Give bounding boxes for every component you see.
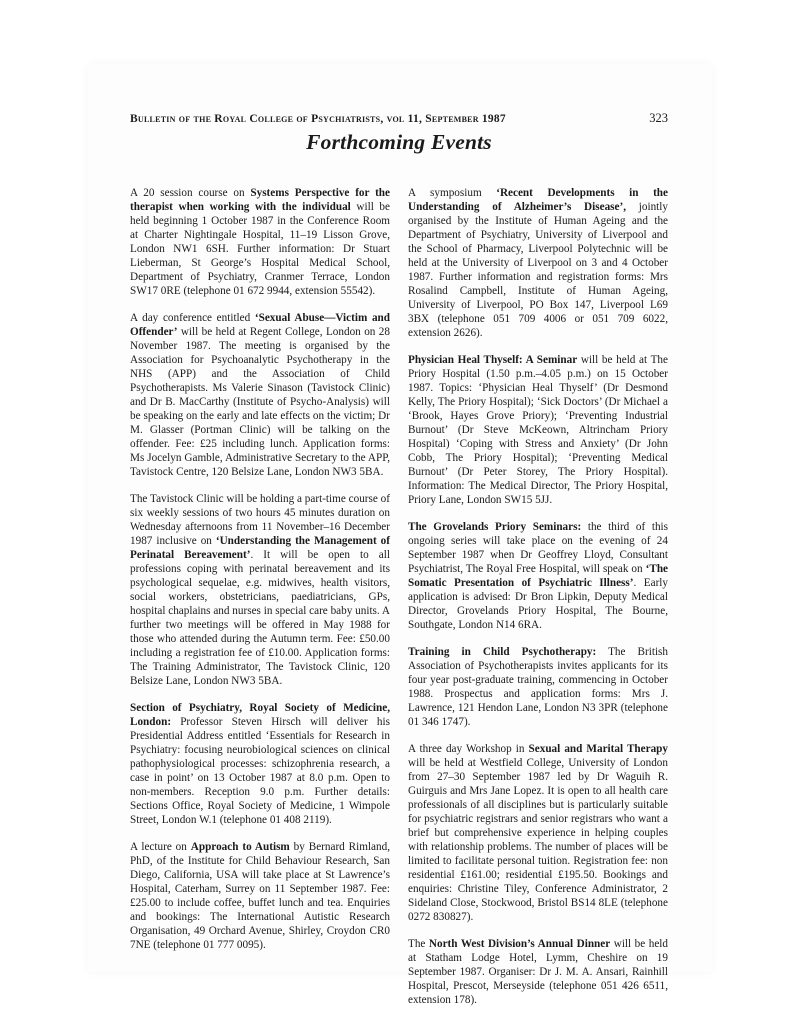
event-paragraph: Section of Psychiatry, Royal Society of … <box>130 701 390 827</box>
event-columns: A 20 session course on Systems Perspecti… <box>130 186 668 1020</box>
right-column: A symposium ‘Recent Developments in the … <box>408 186 668 1020</box>
event-paragraph: Training in Child Psychotherapy: The Bri… <box>408 645 668 729</box>
event-paragraph: A lecture on Approach to Autism by Berna… <box>130 840 390 952</box>
event-title-text: Training in Child Psychotherapy: <box>408 646 596 658</box>
event-body-text: Professor Steven Hirsch will deliver his… <box>130 716 390 826</box>
event-title-text: Sexual and Marital Therapy <box>529 743 668 755</box>
event-paragraph: A day conference entitled ‘Sexual Abuse—… <box>130 311 390 479</box>
event-paragraph: A 20 session course on Systems Perspecti… <box>130 186 390 298</box>
event-body-text: . It will be open to all professions cop… <box>130 549 390 687</box>
page-header: Bulletin of the Royal College of Psychia… <box>130 111 668 126</box>
event-body-text: will be held at Westfield College, Unive… <box>408 757 668 923</box>
event-body-text: A three day Workshop in <box>408 743 529 755</box>
event-body-text: A 20 session course on <box>130 187 250 199</box>
journal-header: Bulletin of the Royal College of Psychia… <box>130 113 506 125</box>
left-column: A 20 session course on Systems Perspecti… <box>130 186 390 1020</box>
event-body-text: will be held beginning 1 October 1987 in… <box>130 201 390 297</box>
event-body-text: will be held at Regent College, London o… <box>130 326 390 478</box>
event-paragraph: The Grovelands Priory Seminars: the thir… <box>408 520 668 632</box>
event-paragraph: A three day Workshop in Sexual and Marit… <box>408 742 668 924</box>
event-body-text: jointly organised by the Institute of Hu… <box>408 201 668 339</box>
event-body-text: by Bernard Rimland, PhD, of the Institut… <box>130 841 390 951</box>
event-paragraph: A symposium ‘Recent Developments in the … <box>408 186 668 340</box>
event-title-text: Approach to Autism <box>191 841 290 853</box>
event-paragraph: The Tavistock Clinic will be holding a p… <box>130 492 390 688</box>
event-title-text: North West Division’s Annual Dinner <box>429 938 610 950</box>
event-body-text: The British Association of Psychotherapi… <box>408 646 668 728</box>
event-body-text: will be held at The Priory Hospital (1.5… <box>408 354 668 506</box>
event-body-text: A symposium <box>408 187 496 199</box>
event-title-text: Physician Heal Thyself: A Seminar <box>408 354 577 366</box>
event-body-text: A lecture on <box>130 841 191 853</box>
page-title: Forthcoming Events <box>130 130 668 155</box>
event-paragraph: The North West Division’s Annual Dinner … <box>408 937 668 1007</box>
page-number: 323 <box>649 111 668 126</box>
event-body-text: The <box>408 938 429 950</box>
event-paragraph: Physician Heal Thyself: A Seminar will b… <box>408 353 668 507</box>
event-body-text: A day conference entitled <box>130 312 255 324</box>
event-title-text: The Grovelands Priory Seminars: <box>408 521 581 533</box>
